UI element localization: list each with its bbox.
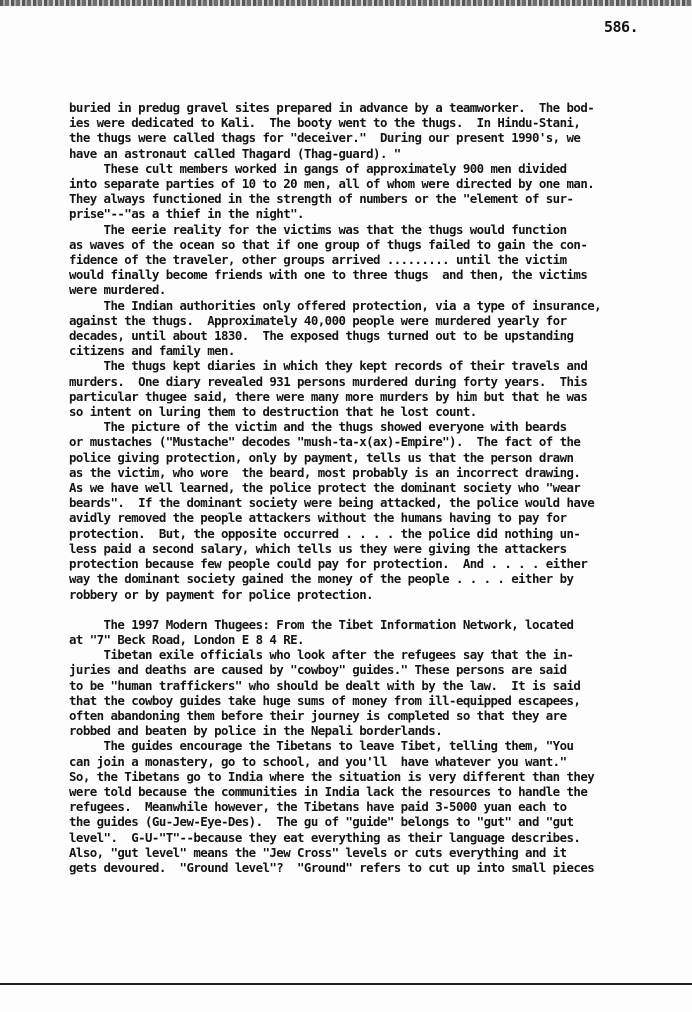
paragraph: The thugs kept diaries in which they kep… — [69, 358, 629, 419]
text-line: level". G-U-"T"--because they eat everyt… — [69, 830, 629, 845]
text-line: refugees. Meanwhile however, the Tibetan… — [69, 799, 629, 814]
text-line: As we have well learned, the police prot… — [69, 480, 629, 495]
text-line: at "7" Beck Road, London E 8 4 RE. — [69, 632, 629, 647]
text-line: The guides encourage the Tibetans to lea… — [69, 738, 629, 753]
text-line: avidly removed the people attackers with… — [69, 510, 629, 525]
text-line: robbery or by payment for police protect… — [69, 587, 629, 602]
text-line: against the thugs. Approximately 40,000 … — [69, 313, 629, 328]
text-line: protection because few people could pay … — [69, 556, 629, 571]
text-line: Tibetan exile officials who look after t… — [69, 647, 629, 662]
text-line: way the dominant society gained the mone… — [69, 571, 629, 586]
text-line: The Indian authorities only offered prot… — [69, 298, 629, 313]
text-line: that the cowboy guides take huge sums of… — [69, 693, 629, 708]
text-line: These cult members worked in gangs of ap… — [69, 161, 629, 176]
text-line: So, the Tibetans go to India where the s… — [69, 769, 629, 784]
scan-edge-noise — [0, 0, 692, 6]
text-line: citizens and family men. — [69, 343, 629, 358]
paragraph-gap — [69, 602, 629, 617]
text-line: The 1997 Modern Thugees: From the Tibet … — [69, 617, 629, 632]
paragraph: The 1997 Modern Thugees: From the Tibet … — [69, 617, 629, 647]
text-line: as the victim, who wore the beard, most … — [69, 465, 629, 480]
text-line: were told because the communities in Ind… — [69, 784, 629, 799]
text-line: particular thugee said, there were many … — [69, 389, 629, 404]
document-body: buried in predug gravel sites prepared i… — [69, 100, 629, 875]
footer-divider — [0, 983, 692, 985]
text-line: less paid a second salary, which tells u… — [69, 541, 629, 556]
page-number: 586. — [604, 18, 638, 36]
text-line: They always functioned in the strength o… — [69, 191, 629, 206]
paragraph: The guides encourage the Tibetans to lea… — [69, 738, 629, 875]
text-line: murders. One diary revealed 931 persons … — [69, 374, 629, 389]
text-line: robbed and beaten by police in the Nepal… — [69, 723, 629, 738]
text-line: protection. But, the opposite occurred .… — [69, 526, 629, 541]
text-line: The eerie reality for the victims was th… — [69, 222, 629, 237]
paragraph: buried in predug gravel sites prepared i… — [69, 100, 629, 161]
text-line: The thugs kept diaries in which they kep… — [69, 358, 629, 373]
text-line: gets devoured. "Ground level"? "Ground" … — [69, 860, 629, 875]
text-line: ies were dedicated to Kali. The booty we… — [69, 115, 629, 130]
paragraph: The picture of the victim and the thugs … — [69, 419, 629, 601]
text-line: the thugs were called thags for "deceive… — [69, 130, 629, 145]
text-line: beards". If the dominant society were be… — [69, 495, 629, 510]
text-line: prise"--"as a thief in the night". — [69, 206, 629, 221]
text-line: police giving protection, only by paymen… — [69, 450, 629, 465]
paragraph: The Indian authorities only offered prot… — [69, 298, 629, 359]
text-line: the guides (Gu-Jew-Eye-Des). The gu of "… — [69, 814, 629, 829]
text-line: into separate parties of 10 to 20 men, a… — [69, 176, 629, 191]
text-line: would finally become friends with one to… — [69, 267, 629, 282]
text-line: or mustaches ("Mustache" decodes "mush-t… — [69, 434, 629, 449]
text-line: as waves of the ocean so that if one gro… — [69, 237, 629, 252]
text-line: can join a monastery, go to school, and … — [69, 754, 629, 769]
text-line: so intent on luring them to destruction … — [69, 404, 629, 419]
text-line: fidence of the traveler, other groups ar… — [69, 252, 629, 267]
text-line: to be "human traffickers" who should be … — [69, 678, 629, 693]
text-line: have an astronaut called Thagard (Thag-g… — [69, 146, 629, 161]
paragraph: These cult members worked in gangs of ap… — [69, 161, 629, 222]
text-line: juries and deaths are caused by "cowboy"… — [69, 662, 629, 677]
text-line: were murdered. — [69, 282, 629, 297]
text-line: Also, "gut level" means the "Jew Cross" … — [69, 845, 629, 860]
text-line: decades, until about 1830. The exposed t… — [69, 328, 629, 343]
paragraph: The eerie reality for the victims was th… — [69, 222, 629, 298]
text-line: buried in predug gravel sites prepared i… — [69, 100, 629, 115]
paragraph: Tibetan exile officials who look after t… — [69, 647, 629, 738]
text-line: The picture of the victim and the thugs … — [69, 419, 629, 434]
text-line: often abandoning them before their journ… — [69, 708, 629, 723]
